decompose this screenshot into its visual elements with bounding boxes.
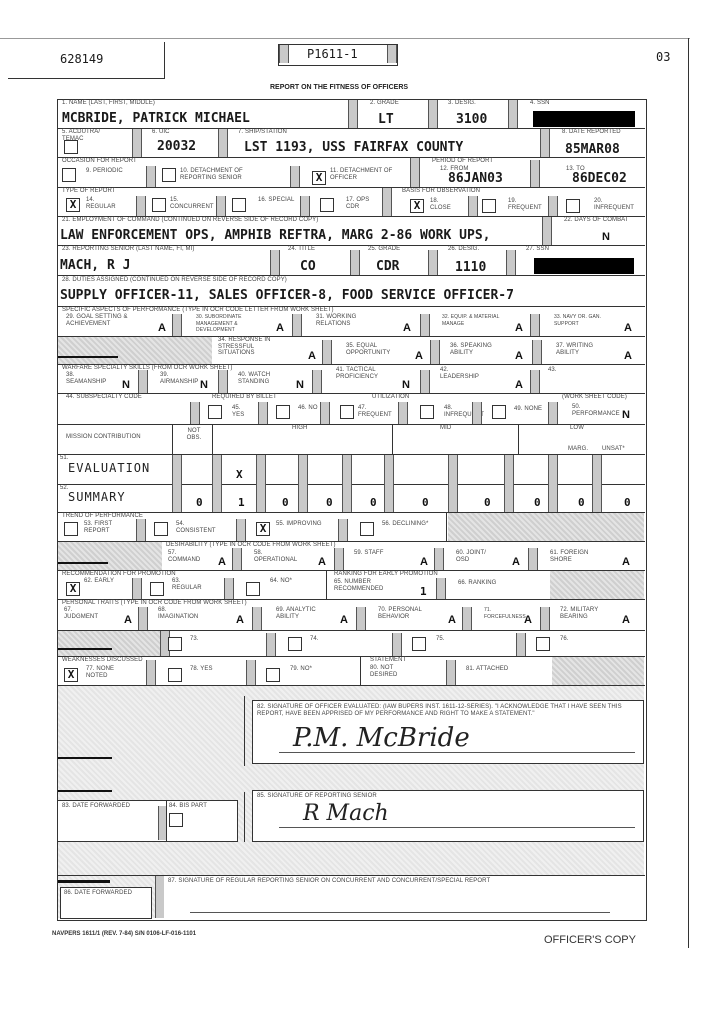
- warfare-42-value: A: [515, 379, 523, 391]
- trait-70-label: 70. PERSONAL BEHAVIOR: [378, 607, 428, 620]
- date-reported-value: 85MAR08: [565, 142, 620, 157]
- separator: [430, 340, 440, 364]
- trait-69-value: A: [340, 614, 348, 626]
- not-desired-label: 80. NOT DESIRED: [370, 665, 406, 678]
- special-checkbox[interactable]: [232, 198, 246, 212]
- perf-33-value: A: [624, 322, 632, 334]
- concurrent-label: 15. CONCURRENT: [170, 197, 210, 210]
- separator: [508, 100, 518, 128]
- perf-37-value: A: [624, 350, 632, 362]
- type-section-label: TYPE OF REPORT: [62, 188, 116, 195]
- separator: [532, 340, 542, 364]
- trend-declining-checkbox[interactable]: [360, 522, 374, 536]
- close-checkbox[interactable]: X: [410, 199, 424, 213]
- desire-59-value: A: [420, 556, 428, 568]
- mission-label: MISSION CONTRIBUTION: [66, 434, 141, 441]
- duties-label: 28. DUTIES ASSIGNED (CONTINUED ON REVERS…: [62, 277, 287, 284]
- mid-label: MID: [440, 425, 451, 432]
- statement-label: STATEMENT: [370, 657, 406, 664]
- utilization-label: UTILIZATION: [372, 394, 409, 401]
- util-frequent-checkbox[interactable]: [340, 405, 354, 419]
- perf-33-label: 33. NAVY OR. GAN. SUPPORT: [554, 314, 604, 327]
- infrequent-checkbox[interactable]: [566, 199, 580, 213]
- weakness-none-checkbox[interactable]: X: [64, 668, 78, 682]
- ssn-label: 4. SSN: [530, 100, 550, 107]
- util-none-label: 49. NONE: [514, 406, 542, 413]
- summary-cell-1: 0: [196, 496, 203, 509]
- perf-29-value: A: [158, 322, 166, 334]
- warfare-38-value: N: [122, 379, 130, 391]
- grid-separator: [592, 455, 602, 512]
- desire-61-label: 61. FOREIGN SHORE: [550, 550, 600, 563]
- warfare-39-label: 39. AIRMANSHIP: [160, 372, 190, 385]
- bis-part-checkbox[interactable]: [169, 813, 183, 827]
- separator: [138, 370, 148, 393]
- separator: [312, 370, 322, 393]
- separator: [542, 217, 552, 245]
- warfare-43-label: 43.: [548, 367, 557, 374]
- summary-cell-7: 0: [484, 496, 491, 509]
- control-number-box: 628149: [8, 42, 165, 79]
- separator: [146, 166, 156, 187]
- separator: [236, 519, 246, 541]
- promo-no-checkbox[interactable]: [246, 582, 260, 596]
- separator: [270, 250, 280, 275]
- name-label: 1. NAME (LAST, FIRST, MIDDLE): [62, 100, 155, 107]
- separator: [540, 607, 550, 630]
- senior-desig-label: 26. DESIG.: [448, 246, 479, 253]
- yes-checkbox[interactable]: [208, 405, 222, 419]
- summary-cell-9: 0: [578, 496, 585, 509]
- separator: [428, 250, 438, 275]
- desig-label: 3. DESIG.: [448, 100, 476, 107]
- warfare-39-value: N: [200, 379, 208, 391]
- desire-60-label: 60. JOINT/ OSD: [456, 550, 496, 563]
- no-label: 46. NO: [298, 405, 318, 412]
- form-code-sep-right: [387, 45, 397, 63]
- trait-69-label: 69. ANALYTIC ABILITY: [276, 607, 326, 620]
- warfare-38-label: 38. SEAMANSHIP: [66, 372, 106, 385]
- combat-label: 22. DAYS OF COMBAT: [564, 217, 634, 224]
- separator: [548, 402, 558, 424]
- grid-separator: [298, 455, 308, 512]
- senior-name-value: MACH, R J: [60, 258, 130, 273]
- promo-regular-checkbox[interactable]: [150, 582, 164, 596]
- desire-57-label: 57. COMMAND: [168, 550, 208, 563]
- infrequent-label: 20. INFREQUENT: [594, 198, 639, 211]
- separator: [190, 402, 200, 424]
- unsat-label: UNSAT*: [602, 446, 625, 453]
- trait-68-value: A: [236, 614, 244, 626]
- trait-72-label: 72. MILITARY BEARING: [560, 607, 610, 620]
- perf-32-value: A: [515, 322, 523, 334]
- summary-cell-10: 0: [624, 496, 631, 509]
- separator: [338, 519, 348, 541]
- box-76-checkbox[interactable]: [536, 637, 550, 651]
- separator: [472, 402, 482, 424]
- grid-separator: [548, 455, 558, 512]
- col-line: [244, 792, 245, 842]
- black-marker-line: [58, 790, 112, 792]
- separator: [266, 633, 276, 656]
- perf-35-label: 35. EQUAL OPPORTUNITY: [346, 343, 406, 356]
- weakness-none-label: 77. NONE NOTED: [86, 666, 122, 679]
- duties-value: SUPPLY OFFICER-11, SALES OFFICER-8, FOOD…: [60, 288, 514, 303]
- date-reported-label: 8. DATE REPORTED: [562, 129, 621, 136]
- separator: [322, 340, 332, 364]
- senior-title-value: CO: [300, 259, 316, 274]
- grid-separator: [172, 455, 182, 512]
- yes-label: 45. YES: [232, 405, 252, 418]
- performance-50-label: 50. PERFORMANCE: [572, 404, 612, 417]
- officer-signature-label: 82. SIGNATURE OF OFFICER EVALUATED: (IAW…: [257, 704, 637, 718]
- grid-separator: [256, 455, 266, 512]
- warfare-41-label: 41. TACTICAL PROFICIENCY: [336, 367, 396, 380]
- senior-grade-label: 25. GRADE: [368, 246, 400, 253]
- separator: [218, 370, 228, 393]
- worksheet-label: (WORK SHEET CODE): [562, 394, 627, 401]
- perf-34-label: 34. RESPONSE IN STRESSFUL SITUATIONS: [218, 337, 288, 357]
- box-76-label: 76.: [560, 636, 569, 643]
- trait-68-label: 68. IMAGINATION: [158, 607, 198, 620]
- to-value: 86DEC02: [572, 171, 627, 186]
- col-line: [326, 571, 327, 599]
- row-divider: [57, 128, 645, 129]
- date-forwarded2-box: 86. DATE FORWARDED: [60, 887, 152, 919]
- summary-cell-2: 1: [238, 496, 245, 509]
- separator: [320, 402, 330, 424]
- col-line: [212, 424, 213, 454]
- frequent-checkbox[interactable]: [482, 199, 496, 213]
- black-marker-line: [58, 562, 108, 564]
- desire-58-value: A: [318, 556, 326, 568]
- low-label: LOW: [570, 425, 584, 432]
- employment-value: LAW ENFORCEMENT OPS, AMPHIB REFTRA, MARG…: [60, 228, 490, 243]
- frequent-label: 19. FREQUENT: [508, 198, 548, 211]
- trend-consistent-checkbox[interactable]: [154, 522, 168, 536]
- black-marker-line: [58, 356, 118, 358]
- right-edge-line: [688, 38, 689, 948]
- form-code-sep-left: [279, 45, 289, 63]
- ops-cdr-label: 17. OPS CDR: [346, 197, 376, 210]
- box-75-label: 75.: [436, 636, 445, 643]
- separator: [224, 578, 234, 599]
- shaded-area: [550, 571, 644, 599]
- desire-58-label: 58. OPERATIONAL: [254, 550, 304, 563]
- desire-59-label: 59. STAFF: [354, 550, 383, 557]
- promo-early-checkbox[interactable]: X: [66, 582, 80, 596]
- form-code-box: P1611-1: [278, 44, 398, 66]
- promo-early-label: 62. EARLY: [84, 578, 114, 585]
- box-73-label: 73.: [190, 636, 199, 643]
- ranking-section-label: RANKING FOR EARLY PROMOTION: [334, 571, 438, 578]
- concurrent-signature-label: 87. SIGNATURE OF REGULAR REPORTING SENIO…: [168, 878, 490, 885]
- separator: [420, 314, 430, 336]
- top-edge-line: [0, 38, 690, 39]
- separator: [528, 548, 538, 570]
- shaded-area: [58, 631, 162, 656]
- number-recommended-value: 1: [420, 585, 427, 598]
- periodic-checkbox[interactable]: [62, 168, 76, 182]
- weakness-no-checkbox[interactable]: [266, 668, 280, 682]
- summary-cell-5: 0: [370, 496, 377, 509]
- shaded-area: [58, 542, 162, 570]
- separator: [392, 633, 402, 656]
- box-75-checkbox[interactable]: [412, 637, 426, 651]
- control-number: 628149: [60, 52, 103, 66]
- perf-35-value: A: [415, 350, 423, 362]
- col-line: [518, 424, 519, 454]
- util-none-checkbox[interactable]: [492, 405, 506, 419]
- separator: [138, 607, 148, 630]
- separator: [382, 188, 392, 216]
- separator: [446, 660, 456, 685]
- uic-label: 6. UIC: [152, 129, 170, 136]
- summary-cell-8: 0: [534, 496, 541, 509]
- page-title: REPORT ON THE FITNESS OF OFFICERS: [270, 84, 408, 91]
- black-marker-line: [58, 757, 112, 759]
- desire-60-value: A: [512, 556, 520, 568]
- row-divider: [57, 157, 645, 158]
- employment-label: 21. EMPLOYMENT OF COMMAND (CONTINUED ON …: [62, 217, 318, 224]
- bis-part-box: 84. BIS PART: [166, 800, 238, 842]
- separator: [540, 129, 550, 157]
- no-checkbox[interactable]: [276, 405, 290, 419]
- combat-value: N: [602, 231, 610, 243]
- regular-label: 14. REGULAR: [86, 197, 126, 210]
- senior-grade-value: CDR: [376, 259, 399, 274]
- box-73-checkbox[interactable]: [168, 637, 182, 651]
- perf-31-value: A: [403, 322, 411, 334]
- separator: [246, 660, 256, 685]
- black-marker-line: [58, 648, 112, 650]
- row-divider: [57, 424, 645, 425]
- page-code: 03: [656, 50, 670, 64]
- separator: [356, 607, 366, 630]
- marg-label: MARG.: [568, 446, 588, 453]
- summary-cell-6: 0: [422, 496, 429, 509]
- trend-first-label: 53. FIRST REPORT: [84, 521, 124, 534]
- ssn-redaction: [533, 111, 635, 127]
- box-74-checkbox[interactable]: [288, 637, 302, 651]
- grid-separator: [384, 455, 394, 512]
- senior-name-label: 23. REPORTING SENIOR (LAST NAME, FI, MI): [62, 246, 194, 253]
- perf-31-label: 31. WORKING RELATIONS: [316, 314, 376, 327]
- trait-72-value: A: [622, 614, 630, 626]
- separator: [232, 548, 242, 570]
- warfare-41-value: N: [402, 379, 410, 391]
- det-senior-checkbox[interactable]: [162, 168, 176, 182]
- col-line: [446, 513, 447, 541]
- officer-signature[interactable]: P.M. McBride: [293, 723, 470, 753]
- concurrent-signature-box: 87. SIGNATURE OF REGULAR REPORTING SENIO…: [164, 876, 644, 918]
- det-officer-checkbox[interactable]: X: [312, 171, 326, 185]
- trait-71-value: A: [524, 614, 532, 626]
- perf-29-label: 29. GOAL SETTING & ACHIEVEMENT: [66, 314, 146, 327]
- separator: [334, 548, 344, 570]
- separator: [132, 578, 142, 599]
- trend-section-label: TREND OF PERFORMANCE: [62, 513, 143, 520]
- separator: [216, 196, 226, 216]
- grid-separator: [342, 455, 352, 512]
- subspecialty-label: 44. SUBSPECIALTY CODE: [66, 394, 142, 401]
- performance-50-value: N: [622, 409, 630, 421]
- date-forwarded-box: 83. DATE FORWARDED: [57, 800, 167, 842]
- row-divider: [57, 187, 645, 188]
- special-label: 16. SPECIAL: [258, 197, 298, 204]
- separator: [428, 100, 438, 128]
- ops-cdr-checkbox[interactable]: [320, 198, 334, 212]
- from-value: 86JAN03: [448, 171, 503, 186]
- high-label: HIGH: [292, 425, 307, 432]
- required-label: REQUIRED BY BILLET: [212, 394, 277, 401]
- separator: [516, 633, 526, 656]
- warfare-40-value: N: [296, 379, 304, 391]
- shaded-area: [448, 513, 644, 541]
- col-line: [360, 657, 361, 685]
- box-74-label: 74.: [310, 636, 319, 643]
- shaded-area: [552, 657, 644, 685]
- separator: [420, 370, 430, 393]
- senior-signature-label: 85. SIGNATURE OF REPORTING SENIOR: [257, 793, 377, 800]
- senior-signature-box: 85. SIGNATURE OF REPORTING SENIOR R Mach: [252, 790, 644, 842]
- senior-title-label: 24. TITLE: [288, 246, 315, 253]
- signature-line: [190, 912, 610, 913]
- shaded-area: [58, 337, 212, 364]
- separator: [548, 196, 558, 216]
- separator: [434, 548, 444, 570]
- desirability-section-label: DESIRABILITY (TYPE IN OCR CODE FROM WORK…: [166, 542, 336, 549]
- summary-cell-4: 0: [326, 496, 333, 509]
- separator: [462, 607, 472, 630]
- warfare-40-label: 40. WATCH STANDING: [238, 372, 278, 385]
- separator: [136, 196, 146, 216]
- date-forwarded2-label: 86. DATE FORWARDED: [64, 890, 132, 897]
- concurrent-checkbox[interactable]: [152, 198, 166, 212]
- grid-separator: [448, 455, 458, 512]
- grade-value: LT: [378, 112, 394, 127]
- grid-separator: [212, 455, 222, 512]
- col-line: [392, 424, 393, 454]
- promotion-section-label: RECOMMENDATION FOR PROMOTION: [62, 571, 176, 578]
- copy-label: OFFICER'S COPY: [544, 934, 636, 946]
- trait-67-label: 67. JUDGMENT: [64, 607, 98, 620]
- senior-signature[interactable]: R Mach: [303, 801, 389, 826]
- weakness-no-label: 79. NO*: [290, 666, 312, 673]
- traits-section-label: PERSONAL TRAITS (TYPE IN OCR CODE FROM W…: [62, 600, 247, 607]
- util-infrequent-checkbox[interactable]: [420, 405, 434, 419]
- warfare-42-label: 42. LEADERSHIP: [440, 367, 470, 380]
- attached-label: 81. ATTACHED: [466, 666, 508, 673]
- separator: [172, 314, 182, 336]
- trend-declining-label: 56. DECLINING*: [382, 521, 428, 528]
- separator: [136, 519, 146, 541]
- separator: [398, 402, 408, 424]
- separator: [468, 196, 478, 216]
- util-frequent-label: 47. FREQUENT: [358, 405, 394, 418]
- separator: [506, 250, 516, 275]
- summary-label: SUMMARY: [68, 490, 126, 504]
- perf-36-label: 36. SPEAKING ABILITY: [450, 343, 510, 356]
- desire-57-value: A: [218, 556, 226, 568]
- separator: [348, 100, 358, 128]
- senior-desig-value: 1110: [455, 260, 486, 275]
- separator: [530, 370, 540, 393]
- trait-71-label: 71. FORCEFULNESS: [484, 607, 520, 620]
- row-divider: [57, 393, 645, 394]
- separator: [292, 314, 302, 336]
- promo-no-label: 64. NO*: [270, 578, 292, 585]
- performance-section-label: SPECIFIC ASPECTS OF PERFORMANCE (TYPE IN…: [62, 307, 334, 314]
- det-officer-label: 11. DETACHMENT OF OFFICER: [330, 168, 400, 181]
- weakness-yes-label: 78. YES: [190, 666, 213, 673]
- perf-34-value: A: [308, 350, 316, 362]
- separator: [218, 129, 228, 157]
- separator: [350, 250, 360, 275]
- separator: [290, 166, 300, 187]
- weakness-yes-checkbox[interactable]: [168, 668, 182, 682]
- desire-61-value: A: [622, 556, 630, 568]
- perf-36-value: A: [515, 350, 523, 362]
- eval-cell-2[interactable]: X: [236, 468, 243, 481]
- separator: [410, 158, 420, 187]
- perf-30-label: 30. SUBORDINATE MANAGEMENT & DEVELOPMENT: [196, 314, 276, 334]
- trend-improving-checkbox[interactable]: X: [256, 522, 270, 536]
- period-label: PERIOD OF REPORT: [432, 158, 493, 165]
- trend-first-checkbox[interactable]: [64, 522, 78, 536]
- number-recommended-label: 65. NUMBER RECOMMENDED: [334, 579, 404, 592]
- form-code: P1611-1: [307, 47, 358, 61]
- officer-name: MCBRIDE, PATRICK MICHAEL: [62, 111, 250, 126]
- perf-32-label: 32. EQUIP. & MATERIAL MANAGE: [442, 314, 502, 327]
- col-line: [244, 696, 245, 766]
- weakness-section-label: WEAKNESSES DISCUSSED: [62, 657, 143, 664]
- close-label: 18. CLOSE: [430, 198, 460, 211]
- separator: [132, 129, 142, 157]
- occasion-section-label: OCCASION FOR REPORT: [62, 158, 137, 165]
- separator: [252, 607, 262, 630]
- ranking-label: 66. RANKING: [458, 580, 496, 587]
- det-senior-label-text: 10. DETACHMENT OF REPORTING SENIOR: [180, 168, 270, 181]
- officer-signature-box: 82. SIGNATURE OF OFFICER EVALUATED: (IAW…: [252, 700, 644, 764]
- ship-label: 7. SHIP/STATION: [238, 129, 287, 136]
- perf-37-label: 37. WRITING ABILITY: [556, 343, 606, 356]
- basis-label: BASIS FOR OBSERVATION: [402, 188, 480, 195]
- bis-part-label: 84. BIS PART: [169, 803, 207, 810]
- separator: [300, 196, 310, 216]
- senior-ssn-label: 27. SSN: [526, 246, 549, 253]
- trait-70-value: A: [448, 614, 456, 626]
- uic-value: 20032: [157, 139, 196, 154]
- evaluation-label: EVALUATION: [68, 461, 150, 475]
- signature-line: [279, 827, 635, 828]
- date-forwarded-label: 83. DATE FORWARDED: [62, 803, 130, 810]
- separator: [258, 402, 268, 424]
- separator: [146, 660, 156, 685]
- form-id: NAVPERS 1611/1 (REV. 7-84) S/N 0106-LF-0…: [52, 931, 196, 937]
- acdutra-checkbox[interactable]: [64, 140, 78, 154]
- separator: [530, 314, 540, 336]
- trait-67-value: A: [124, 614, 132, 626]
- desig-value: 3100: [456, 112, 487, 127]
- grade-label: 2. GRADE: [370, 100, 399, 107]
- black-marker-line: [58, 880, 110, 883]
- perf-30-value: A: [276, 322, 284, 334]
- regular-checkbox[interactable]: X: [66, 198, 80, 212]
- row-divider: [57, 275, 645, 276]
- grid-separator: [504, 455, 514, 512]
- periodic-label: 9. PERIODIC: [86, 168, 126, 175]
